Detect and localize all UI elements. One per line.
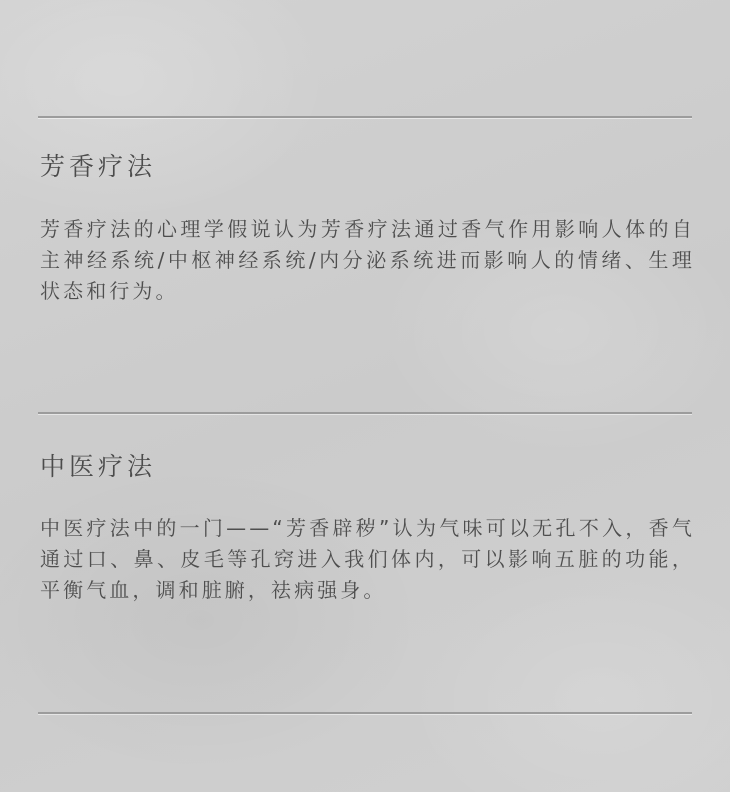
section-aromatherapy: 芳香疗法 芳香疗法的心理学假说认为芳香疗法通过香气作用影响人体的自主神经系统/中… — [40, 152, 695, 307]
divider-middle — [38, 412, 692, 414]
divider-top — [38, 116, 692, 118]
divider-bottom — [38, 712, 692, 714]
section-body: 芳香疗法的心理学假说认为芳香疗法通过香气作用影响人体的自主神经系统/中枢神经系统… — [40, 214, 695, 307]
section-title: 中医疗法 — [40, 452, 695, 482]
section-body: 中医疗法中的一门——“芳香辟秽”认为气味可以无孔不入，香气通过口、鼻、皮毛等孔窍… — [40, 513, 695, 606]
section-tcm-therapy: 中医疗法 中医疗法中的一门——“芳香辟秽”认为气味可以无孔不入，香气通过口、鼻、… — [40, 452, 695, 606]
section-title: 芳香疗法 — [40, 152, 695, 182]
